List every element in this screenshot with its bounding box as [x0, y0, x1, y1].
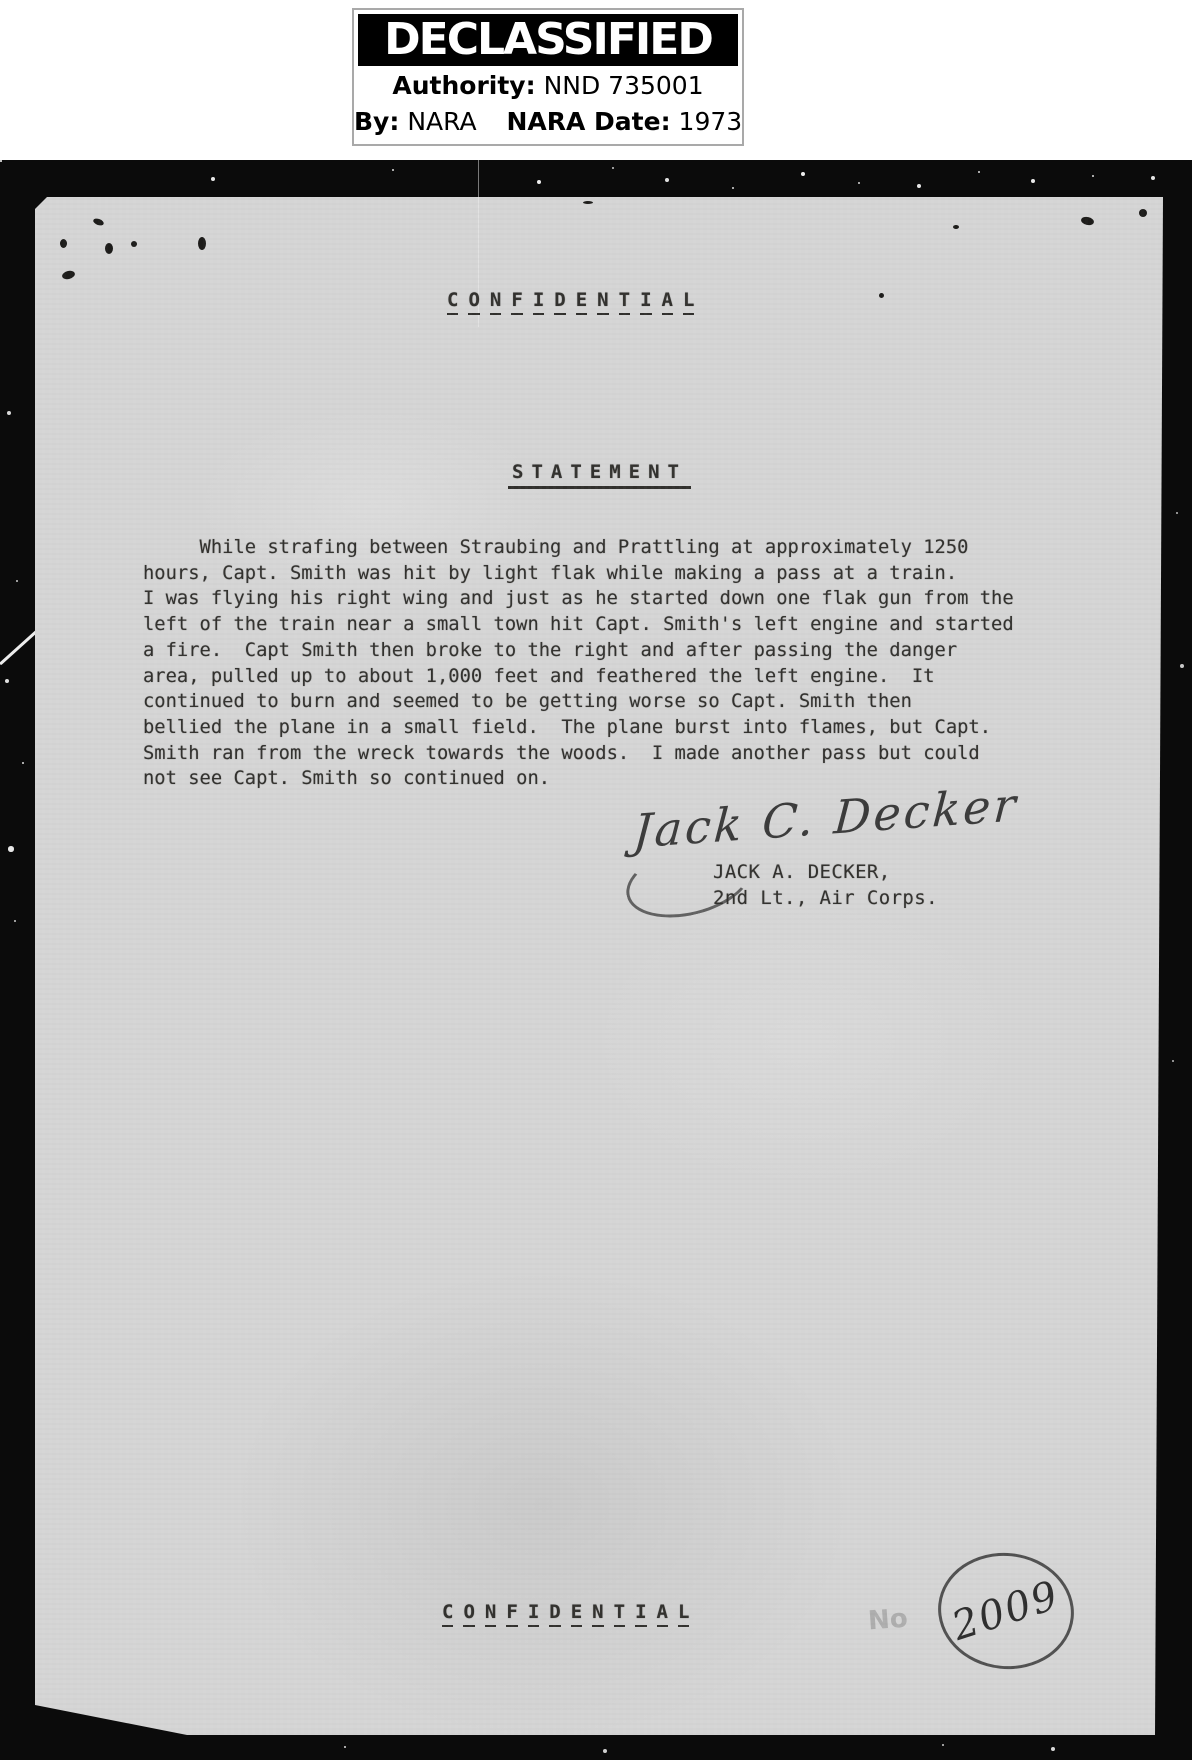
classification-letter: L — [678, 1601, 689, 1627]
date-value: 1973 — [679, 107, 743, 136]
classification-letter: D — [554, 289, 565, 315]
classification-letter: T — [619, 289, 630, 315]
body-line: Smith ran from the wreck towards the woo… — [143, 741, 1014, 767]
scan-speckles — [0, 160, 2, 162]
authority-label: Authority: — [392, 71, 535, 100]
classification-letter: A — [662, 289, 673, 315]
page-number-prefix: No — [867, 1604, 909, 1637]
classification-letter: D — [549, 1601, 560, 1627]
document-title: STATEMENT — [508, 461, 691, 489]
classification-header: CONFIDENTIAL — [447, 289, 704, 315]
classification-letter: N — [490, 289, 501, 315]
page-number-text: 2009 — [947, 1572, 1066, 1650]
declassified-banner: DECLASSIFIED — [358, 14, 738, 66]
classification-letter: I — [635, 1601, 646, 1627]
ink-speck — [879, 293, 884, 298]
ink-speck — [953, 225, 959, 229]
classification-letter: C — [442, 1601, 453, 1627]
by-label: By: — [354, 107, 399, 136]
classification-letter: A — [657, 1601, 668, 1627]
body-line: left of the train near a small town hit … — [143, 612, 1014, 638]
ink-speck — [131, 241, 137, 247]
classification-footer: CONFIDENTIAL — [442, 1601, 699, 1627]
classification-letter: E — [571, 1601, 582, 1627]
ink-speck — [1139, 209, 1147, 217]
signature-typed-rank: 2nd Lt., Air Corps. — [713, 885, 938, 911]
by-date-line: By: NARA NARA Date: 1973 — [354, 104, 742, 140]
document-page: CONFIDENTIAL STATEMENT While strafing be… — [35, 197, 1163, 1735]
authority-line: Authority: NND 735001 — [354, 68, 742, 104]
classification-letter: N — [597, 289, 608, 315]
scan-crease — [478, 160, 479, 197]
classification-letter: T — [614, 1601, 625, 1627]
date-label: NARA Date: — [506, 107, 670, 136]
page-number-stamp: 2009 — [932, 1546, 1079, 1676]
declassification-stamp: DECLASSIFIED Authority: NND 735001 By: N… — [352, 8, 744, 146]
classification-letter: I — [640, 289, 651, 315]
body-line: bellied the plane in a small field. The … — [143, 715, 1014, 741]
classification-letter: F — [506, 1601, 517, 1627]
signature-typed-name: JACK A. DECKER, — [713, 859, 938, 885]
ink-speck — [92, 217, 104, 226]
ink-speck — [1080, 216, 1094, 227]
classification-letter: I — [533, 289, 544, 315]
body-line: continued to burn and seemed to be getti… — [143, 689, 1014, 715]
body-line: While strafing between Straubing and Pra… — [143, 535, 1014, 561]
body-line: hours, Capt. Smith was hit by light flak… — [143, 561, 1014, 587]
classification-letter: O — [463, 1601, 474, 1627]
by-value: NARA — [407, 107, 476, 136]
classification-letter: N — [485, 1601, 496, 1627]
ink-speck — [583, 201, 593, 204]
classification-letter: C — [447, 289, 458, 315]
classification-letter: N — [592, 1601, 603, 1627]
classification-letter: I — [528, 1601, 539, 1627]
authority-value: NND 735001 — [544, 71, 704, 100]
classification-letter: E — [576, 289, 587, 315]
body-line: area, pulled up to about 1,000 feet and … — [143, 664, 1014, 690]
signature-typed-block: JACK A. DECKER, 2nd Lt., Air Corps. — [713, 859, 938, 911]
scan-background: CONFIDENTIAL STATEMENT While strafing be… — [0, 160, 1192, 1760]
ink-speck — [105, 243, 113, 254]
ink-speck — [60, 239, 67, 248]
body-line: a fire. Capt Smith then broke to the rig… — [143, 638, 1014, 664]
classification-letter: F — [511, 289, 522, 315]
statement-body: While strafing between Straubing and Pra… — [143, 535, 1014, 792]
body-line: I was flying his right wing and just as … — [143, 586, 1014, 612]
classification-letter: L — [683, 289, 694, 315]
ink-speck — [61, 269, 76, 280]
ink-speck — [198, 237, 206, 250]
classification-letter: O — [468, 289, 479, 315]
